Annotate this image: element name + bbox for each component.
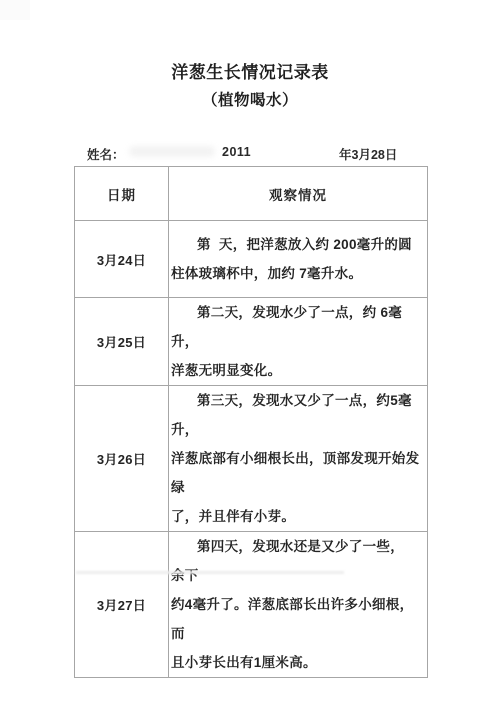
scanned-document-page: 洋葱生长情况记录表 （植物喝水） 姓名： 2011 年3月28日 日期 观察情况…	[0, 0, 500, 708]
header-observation: 观察情况	[169, 167, 428, 221]
row-observation: 第三天，发现水又少了一点，约5毫升， 洋葱底部有小细根长出，顶部发现开始发绿 了…	[169, 386, 428, 532]
row-observation: 第 天，把洋葱放入约 200毫升的圆 柱体玻璃杯中，加约 7毫升水。	[169, 221, 428, 298]
row-date: 3月25日	[75, 298, 169, 386]
observation-text: 第 天，把洋葱放入约 200毫升的圆 柱体玻璃杯中，加约 7毫升水。	[169, 230, 427, 288]
observation-text: 第二天，发现水少了一点，约 6毫升， 洋葱无明显变化。	[169, 298, 427, 385]
scan-shadow	[76, 571, 344, 574]
row-date: 3月26日	[75, 386, 169, 532]
table-header-row: 日期 观察情况	[75, 167, 428, 221]
row-observation: 第二天，发现水少了一点，约 6毫升， 洋葱无明显变化。	[169, 298, 428, 386]
year-value: 2011	[222, 145, 251, 159]
table-row: 3月24日 第 天，把洋葱放入约 200毫升的圆 柱体玻璃杯中，加约 7毫升水。	[75, 221, 428, 298]
observation-table: 日期 观察情况 3月24日 第 天，把洋葱放入约 200毫升的圆 柱体玻璃杯中，…	[74, 166, 428, 678]
table-row: 3月25日 第二天，发现水少了一点，约 6毫升， 洋葱无明显变化。	[75, 298, 428, 386]
row-observation: 第四天，发现水还是又少了一些， 余下 约4毫升了。洋葱底部长出许多小细根，而 且…	[169, 532, 428, 678]
name-label: 姓名：	[87, 145, 125, 163]
scan-artifact	[0, 0, 30, 20]
date-value: 年3月28日	[339, 145, 397, 163]
observation-text: 第三天，发现水又少了一点，约5毫升， 洋葱底部有小细根长出，顶部发现开始发绿 了…	[169, 386, 427, 531]
document-title: 洋葱生长情况记录表	[0, 58, 500, 83]
name-smudge	[129, 146, 215, 157]
document-subtitle: （植物喝水）	[0, 88, 500, 110]
meta-row: 姓名： 2011 年3月28日	[74, 142, 426, 162]
table-row: 3月26日 第三天，发现水又少了一点，约5毫升， 洋葱底部有小细根长出，顶部发现…	[75, 386, 428, 532]
observation-text: 第四天，发现水还是又少了一些， 余下 约4毫升了。洋葱底部长出许多小细根，而 且…	[169, 532, 427, 677]
row-date: 3月27日	[75, 532, 169, 678]
table-row: 3月27日 第四天，发现水还是又少了一些， 余下 约4毫升了。洋葱底部长出许多小…	[75, 532, 428, 678]
header-date: 日期	[75, 167, 169, 221]
row-date: 3月24日	[75, 221, 169, 298]
